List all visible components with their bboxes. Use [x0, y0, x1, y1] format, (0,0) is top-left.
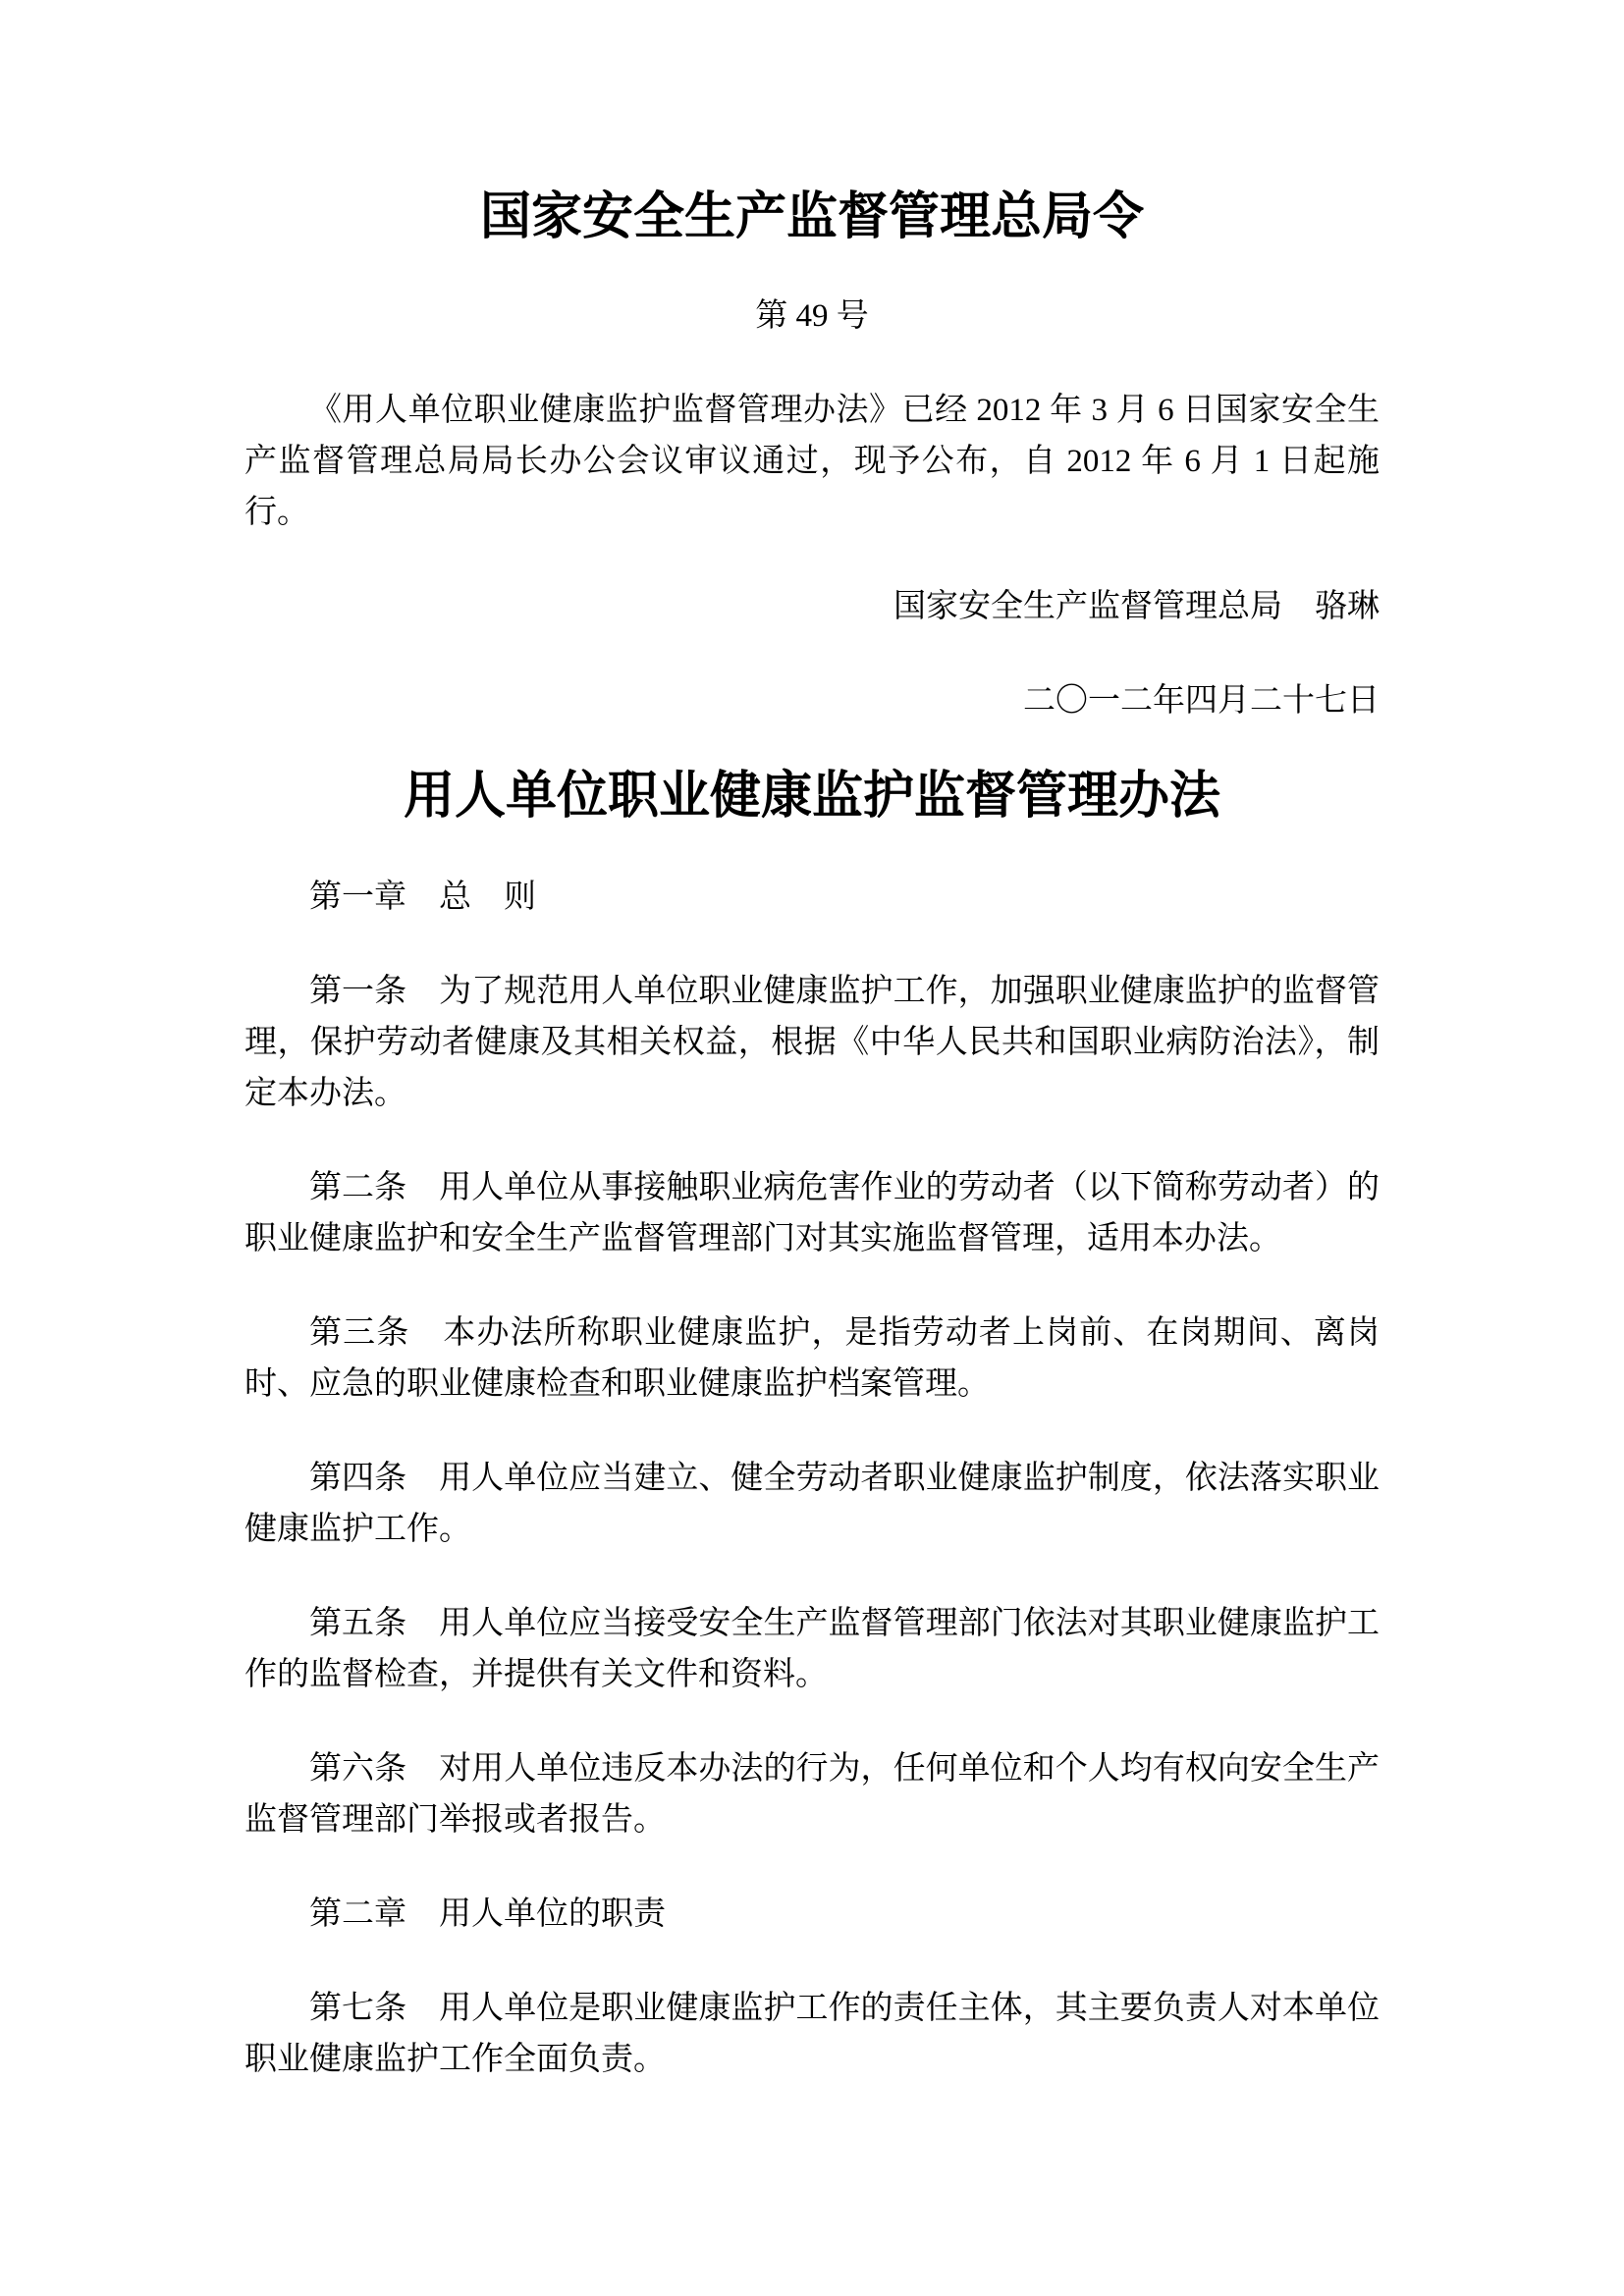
preamble-paragraph: 《用人单位职业健康监护监督管理办法》已经 2012 年 3 月 6 日国家安全生…	[244, 385, 1380, 538]
order-title: 国家安全生产监督管理总局令	[244, 187, 1380, 249]
regulation-title: 用人单位职业健康监护监督管理办法	[244, 770, 1380, 825]
document-page: 国家安全生产监督管理总局令 第 49 号 《用人单位职业健康监护监督管理办法》已…	[0, 0, 1624, 2296]
article-5: 第五条 用人单位应当接受安全生产监督管理部门依法对其职业健康监护工作的监督检查，…	[244, 1598, 1380, 1700]
date-line: 二〇一二年四月二十七日	[244, 675, 1380, 726]
order-number: 第 49 号	[244, 291, 1380, 342]
article-6: 第六条 对用人单位违反本办法的行为，任何单位和个人均有权向安全生产监督管理部门举…	[244, 1743, 1380, 1845]
signer-line: 国家安全生产监督管理总局 骆琳	[244, 581, 1380, 632]
article-4: 第四条 用人单位应当建立、健全劳动者职业健康监护制度，依法落实职业健康监护工作。	[244, 1453, 1380, 1555]
chapter-1-heading: 第一章 总 则	[244, 872, 1380, 923]
chapter-2-heading: 第二章 用人单位的职责	[244, 1889, 1380, 1940]
article-3: 第三条 本办法所称职业健康监护，是指劳动者上岗前、在岗期间、离岗时、应急的职业健…	[244, 1308, 1380, 1410]
article-1: 第一条 为了规范用人单位职业健康监护工作，加强职业健康监护的监督管理，保护劳动者…	[244, 966, 1380, 1119]
article-2: 第二条 用人单位从事接触职业病危害作业的劳动者（以下简称劳动者）的职业健康监护和…	[244, 1162, 1380, 1264]
article-7: 第七条 用人单位是职业健康监护工作的责任主体，其主要负责人对本单位职业健康监护工…	[244, 1983, 1380, 2085]
